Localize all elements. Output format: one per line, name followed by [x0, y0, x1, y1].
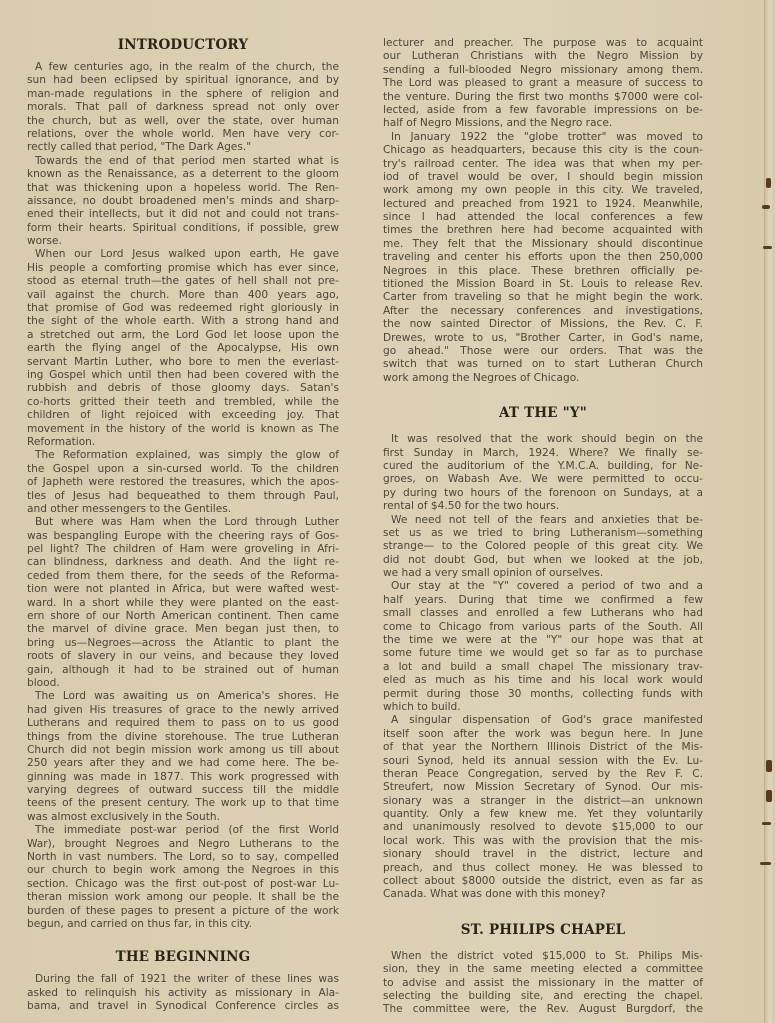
text-line: iod of travel would be over, I should be… — [383, 171, 703, 184]
text-line: small classes and enrolled a few Luthera… — [383, 607, 703, 620]
text-line: Streufert, now Mission Secretary of Syno… — [383, 781, 703, 794]
text-line: It was resolved that the work should beg… — [383, 433, 703, 446]
text-line: form their hearts. Spiritual conditions,… — [27, 222, 339, 235]
text-line: roots of slavery in our veins, and becau… — [27, 650, 339, 663]
tear-mark — [763, 246, 772, 249]
text-line: ginning was made in 1877. This work prog… — [27, 771, 339, 784]
text-line: the sight of the whole earth. With a str… — [27, 315, 339, 328]
text-line: 250 years after they and we had come her… — [27, 757, 339, 770]
text-line: When the district voted $15,000 to St. P… — [383, 950, 703, 963]
text-line: Lutherans and required them to pass on t… — [27, 717, 339, 730]
text-line: Towards the end of that period men start… — [27, 155, 339, 168]
text-line: vail against the church. More than 400 y… — [27, 289, 339, 302]
text-line: the venture. During the first two months… — [383, 91, 703, 104]
text-line: can blindness, darkness and death. And t… — [27, 556, 339, 569]
text-line: theran Peace Congregation, served by the… — [383, 768, 703, 781]
text-line: ened their intellects, but it did not an… — [27, 208, 339, 221]
text-line: was almost exclusively in the South. — [27, 811, 339, 824]
text-line: switch that was turned on to start Luthe… — [383, 358, 703, 371]
text-line: that was thickening upon a hopeless worl… — [27, 182, 339, 195]
text-line: sionary was a stranger in the district—a… — [383, 795, 703, 808]
text-line: work among my own people in this city. W… — [383, 184, 703, 197]
text-line: bama, and travel in Synodical Conference… — [27, 1000, 339, 1013]
text-line: a lot and build a small chapel The missi… — [383, 661, 703, 674]
text-line: relations, over the whole world. Men hav… — [27, 128, 339, 141]
text-line: try's railroad center. The idea was that… — [383, 158, 703, 171]
text-line: to advise and assist the missionary in t… — [383, 977, 703, 990]
text-line: sion, they in the same meeting elected a… — [383, 963, 703, 976]
text-line: collect about $8000 outside the district… — [383, 875, 703, 888]
text-line: pel light? The children of Ham were grov… — [27, 543, 339, 556]
tear-mark — [762, 205, 770, 209]
text-line: rectly called that period, "The Dark Age… — [27, 141, 339, 154]
text-line: Drewes, wrote to us, "Brother Carter, in… — [383, 332, 703, 345]
text-line: and unanimously resolved to devote $15,0… — [383, 821, 703, 834]
text-line: the church, but as well, over the state,… — [27, 115, 339, 128]
section-heading: ST. PHILIPS CHAPEL — [383, 922, 703, 938]
text-line: half years. During that time we confirme… — [383, 594, 703, 607]
text-line: But where was Ham when the Lord through … — [27, 516, 339, 529]
text-line: since I had attended the local conferenc… — [383, 211, 703, 224]
text-line: begun, and carried on thus far, in this … — [27, 918, 339, 931]
text-line: our Lutheran Christians with the Negro M… — [383, 50, 703, 63]
text-line: teens of the present century. The work u… — [27, 797, 339, 810]
text-line: theran mission work among our people. It… — [27, 891, 339, 904]
text-line: titioned the Mission Board in St. Louis … — [383, 278, 703, 291]
text-line: burden of these pages to present a pictu… — [27, 905, 339, 918]
torn-page-edge — [764, 0, 775, 1023]
text-line: work among the Negroes of Chicago. — [383, 372, 703, 385]
text-line: section. Chicago was the first out-post … — [27, 878, 339, 891]
text-line: ward. In a short while they were planted… — [27, 597, 339, 610]
text-line: sun had been eclipsed by spiritual ignor… — [27, 74, 339, 87]
text-line: things from the divine storehouse. The t… — [27, 731, 339, 744]
text-line: local work. This was with the provision … — [383, 835, 703, 848]
text-line: A few centuries ago, in the realm of the… — [27, 61, 339, 74]
right-column: lecturer and preacher. The purpose was t… — [383, 37, 703, 1017]
text-line: the marvel of divine grace. Men began ju… — [27, 623, 339, 636]
text-line: man-made regulations in the sphere of re… — [27, 88, 339, 101]
text-line: bring us—Negroes—across the Atlantic to … — [27, 637, 339, 650]
text-line: children of light rejoiced with exceedin… — [27, 409, 339, 422]
text-line: gain, although it had to be strained out… — [27, 664, 339, 677]
text-line: The committee were, the Rev. August Burg… — [383, 1003, 703, 1016]
tear-mark — [760, 862, 771, 865]
text-line: cured the auditorium of the Y.M.C.A. bui… — [383, 460, 703, 473]
text-line: In January 1922 the "globe trotter" was … — [383, 131, 703, 144]
left-column: INTRODUCTORYA few centuries ago, in the … — [27, 37, 339, 1014]
text-line: the Gospel upon a sin-cursed world. To t… — [27, 463, 339, 476]
text-line: tles of Jesus had bequeathed to them thr… — [27, 490, 339, 503]
text-line: ing Gospel which until then had been cov… — [27, 369, 339, 382]
text-line: War), brought Negroes and Negro Lutheran… — [27, 838, 339, 851]
text-line: py during two hours of the forenoon on S… — [383, 487, 703, 500]
text-line: Carter from traveling so that he might b… — [383, 291, 703, 304]
text-line: the now sainted Director of Missions, th… — [383, 318, 703, 331]
text-line: worse. — [27, 235, 339, 248]
tear-mark — [766, 760, 772, 772]
text-line: our church to begin work among the Negro… — [27, 864, 339, 877]
text-line: Reformation. — [27, 436, 339, 449]
text-line: was bespangling Europe with the cheering… — [27, 530, 339, 543]
text-line: lectured and preached from 1921 to 1924.… — [383, 198, 703, 211]
text-line: lecturer and preacher. The purpose was t… — [383, 37, 703, 50]
text-line: set us as we tried to bring Lutheranism—… — [383, 527, 703, 540]
text-line: first Sunday in March, 1924. Where? We f… — [383, 447, 703, 460]
text-line: morals. That pall of darkness spread not… — [27, 101, 339, 114]
text-line: During the fall of 1921 the writer of th… — [27, 973, 339, 986]
text-line: known as the Renaissance, as a deterrent… — [27, 168, 339, 181]
text-line: did not doubt God, but when we looked at… — [383, 554, 703, 567]
text-line: stood as eternal truth—the gates of hell… — [27, 275, 339, 288]
text-line: The Reformation explained, was simply th… — [27, 449, 339, 462]
text-line: varying degrees of outward success till … — [27, 784, 339, 797]
text-line: groes, on Wabash Ave. We were permitted … — [383, 473, 703, 486]
text-line: ceded from them there, for the seeds of … — [27, 570, 339, 583]
text-line: times the brethren here had become acqua… — [383, 224, 703, 237]
text-line: Our stay at the "Y" covered a period of … — [383, 580, 703, 593]
text-line: had given His treasures of grace to the … — [27, 704, 339, 717]
text-line: permit during those 30 months, collectin… — [383, 688, 703, 701]
text-line: rental of $4.50 for the two hours. — [383, 500, 703, 513]
text-line: eled as much as his time and his local w… — [383, 674, 703, 687]
section-heading: INTRODUCTORY — [27, 37, 339, 53]
text-line: lected, aside from a few favorable impre… — [383, 104, 703, 117]
text-line: we had a very small opinion of ourselves… — [383, 567, 703, 580]
text-line: sending a full-blooded Negro missionary … — [383, 64, 703, 77]
text-line: that promise of God was redeemed right g… — [27, 302, 339, 315]
text-line: traveling and center his efforts upon th… — [383, 251, 703, 264]
text-line: rubbish and debris of those gloomy days.… — [27, 382, 339, 395]
text-line: movement in the history of the world is … — [27, 423, 339, 436]
text-line: After the necessary conferences and inve… — [383, 305, 703, 318]
text-line: earth the flying angel of the Apocalypse… — [27, 342, 339, 355]
tear-mark — [762, 822, 771, 825]
text-line: half of Negro Missions, and the Negro ra… — [383, 117, 703, 130]
text-line: ern shore of our North American continen… — [27, 610, 339, 623]
text-line: strange— to the Colored people of this g… — [383, 540, 703, 553]
text-line: Chicago as headquarters, because this ci… — [383, 144, 703, 157]
text-line: A singular dispensation of God's grace m… — [383, 714, 703, 727]
text-line: The immediate post-war period (of the fi… — [27, 824, 339, 837]
text-line: a stretched out arm, the Lord God let lo… — [27, 329, 339, 342]
text-line: itself soon after the work was begun her… — [383, 728, 703, 741]
text-line: Church did not begin mission work among … — [27, 744, 339, 757]
document-page: INTRODUCTORYA few centuries ago, in the … — [0, 0, 775, 1023]
text-line: and other messengers to the Gentiles. — [27, 503, 339, 516]
text-line: go ahead." Those were our orders. That w… — [383, 345, 703, 358]
text-line: servant Martin Luther, who bore to men t… — [27, 356, 339, 369]
text-line: tion were not planted in Africa, but wer… — [27, 583, 339, 596]
text-line: come to Chicago from various parts of th… — [383, 621, 703, 634]
text-line: The Lord was pleased to grant a measure … — [383, 77, 703, 90]
text-line: which to build. — [383, 701, 703, 714]
text-line: co-horts gritted their teeth and tremble… — [27, 396, 339, 409]
text-line: sionary should travel in the district, l… — [383, 848, 703, 861]
text-line: of Japheth were restored the treasures, … — [27, 476, 339, 489]
text-line: Canada. What was done with this money? — [383, 888, 703, 901]
text-line: aissance, no doubt broadened men's minds… — [27, 195, 339, 208]
text-line: some future time we would get so far as … — [383, 647, 703, 660]
text-line: of that year the Northern Illinois Distr… — [383, 741, 703, 754]
text-line: We need not tell of the fears and anxiet… — [383, 514, 703, 527]
text-line: His people a comforting promise which ha… — [27, 262, 339, 275]
text-line: souri Synod, held its annual session wit… — [383, 755, 703, 768]
section-heading: AT THE "Y" — [383, 405, 703, 421]
text-line: preach, and thus collect money. He was b… — [383, 862, 703, 875]
text-line: blood. — [27, 677, 339, 690]
text-line: The Lord was awaiting us on America's sh… — [27, 690, 339, 703]
text-line: asked to relinquish his activity as miss… — [27, 987, 339, 1000]
text-line: North in vast numbers. The Lord, so to s… — [27, 851, 339, 864]
text-line: me. They felt that the Missionary should… — [383, 238, 703, 251]
text-line: quantity. Only a few knew me. Yet they v… — [383, 808, 703, 821]
text-line: When our Lord Jesus walked upon earth, H… — [27, 248, 339, 261]
text-line: the time we were at the "Y" our hope was… — [383, 634, 703, 647]
text-line: Negroes in this place. These brethren of… — [383, 265, 703, 278]
section-heading: THE BEGINNING — [27, 949, 339, 965]
tear-mark — [766, 790, 772, 802]
tear-mark — [766, 178, 771, 188]
text-line: selecting the building site, and erectin… — [383, 990, 703, 1003]
